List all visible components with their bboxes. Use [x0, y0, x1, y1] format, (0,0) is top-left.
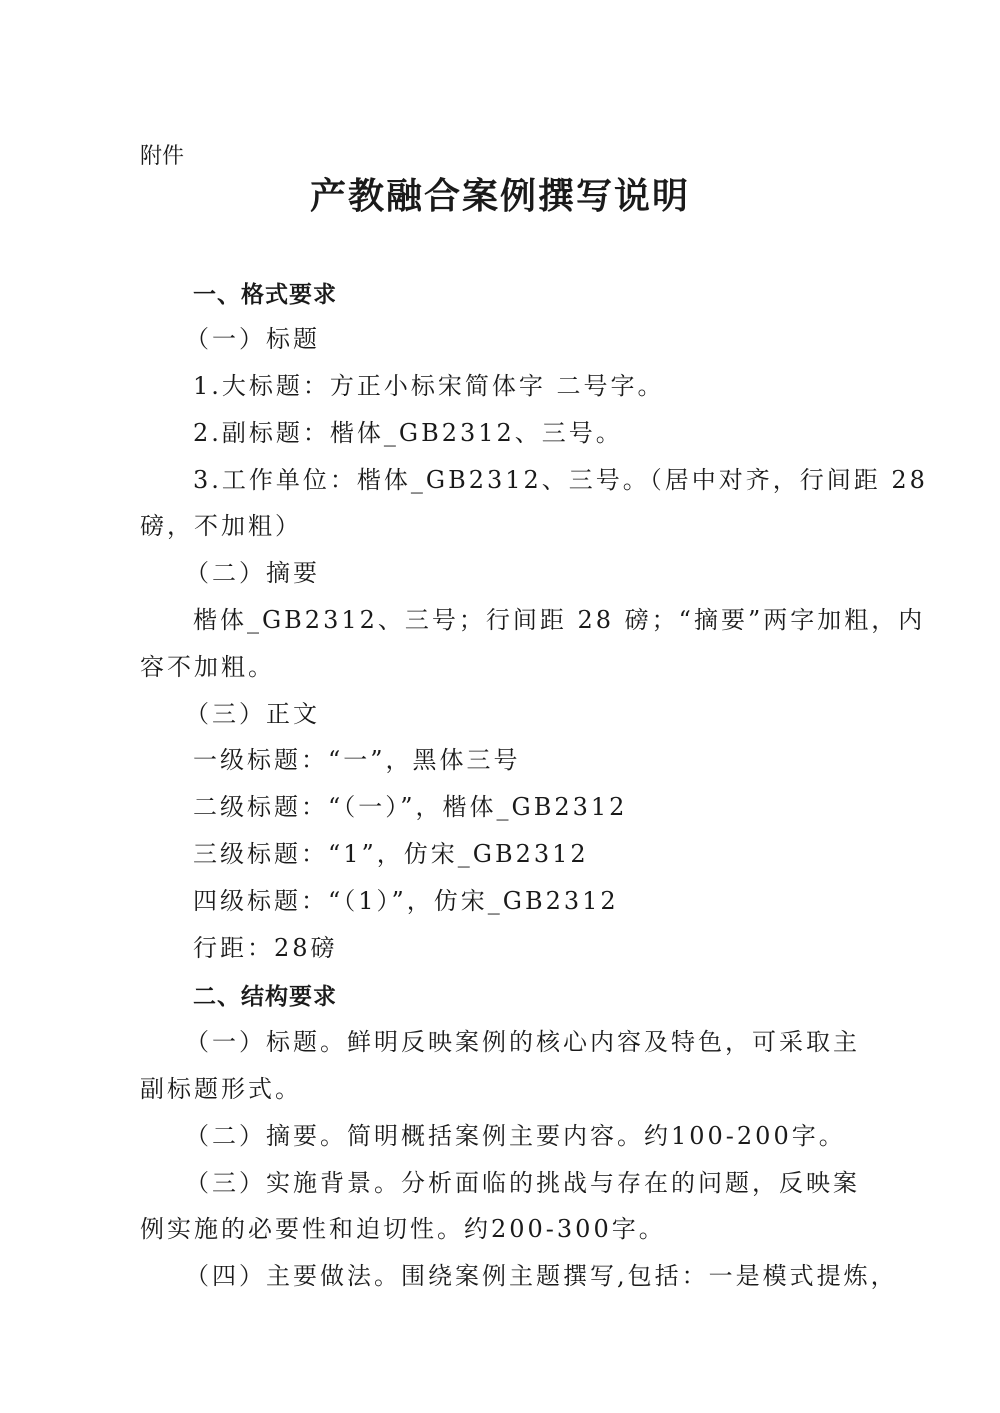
paragraph-line: 1.大标题：方正小标宋简体字 二号字。 — [193, 371, 665, 401]
paragraph-line: 一级标题：“一”，黑体三号 — [193, 745, 521, 775]
subsection-heading-abstract: （二）摘要 — [185, 558, 320, 588]
section-heading-format: 一、格式要求 — [193, 280, 337, 310]
document-title: 产教融合案例撰写说明 — [0, 174, 1000, 218]
section-heading-structure: 二、结构要求 — [193, 982, 337, 1012]
paragraph-line: 容不加粗。 — [140, 652, 275, 682]
paragraph-line: 3.工作单位：楷体_GB2312、三号。（居中对齐，行间距 28 — [193, 465, 928, 495]
paragraph-line: （三）实施背景。分析面临的挑战与存在的问题，反映案 — [185, 1168, 860, 1198]
paragraph-line: 三级标题：“1”，仿宋_GB2312 — [193, 839, 589, 869]
paragraph-line: 2.副标题：楷体_GB2312、三号。 — [193, 418, 623, 448]
paragraph-line: 行距：28磅 — [193, 933, 338, 963]
subsection-heading-body: （三）正文 — [185, 699, 320, 729]
subsection-heading-title: （一）标题 — [185, 324, 320, 354]
document-page: 附件 产教融合案例撰写说明 一、格式要求 （一）标题 1.大标题：方正小标宋简体… — [0, 0, 1000, 1413]
paragraph-line: 例实施的必要性和迫切性。约200-300字。 — [140, 1214, 666, 1244]
paragraph-line: 二级标题：“（一）”，楷体_GB2312 — [193, 792, 627, 822]
paragraph-line: （一）标题。鲜明反映案例的核心内容及特色，可采取主 — [185, 1027, 860, 1057]
paragraph-line: （二）摘要。简明概括案例主要内容。约100-200字。 — [185, 1121, 846, 1151]
paragraph-line: 楷体_GB2312、三号；行间距 28 磅；“摘要”两字加粗，内 — [193, 605, 925, 635]
attachment-label: 附件 — [140, 142, 184, 172]
paragraph-line: 磅，不加粗） — [140, 511, 302, 541]
paragraph-line: 四级标题：“（1）”，仿宋_GB2312 — [193, 886, 619, 916]
paragraph-line: （四）主要做法。围绕案例主题撰写,包括：一是模式提炼， — [185, 1261, 898, 1291]
paragraph-line: 副标题形式。 — [140, 1074, 302, 1104]
